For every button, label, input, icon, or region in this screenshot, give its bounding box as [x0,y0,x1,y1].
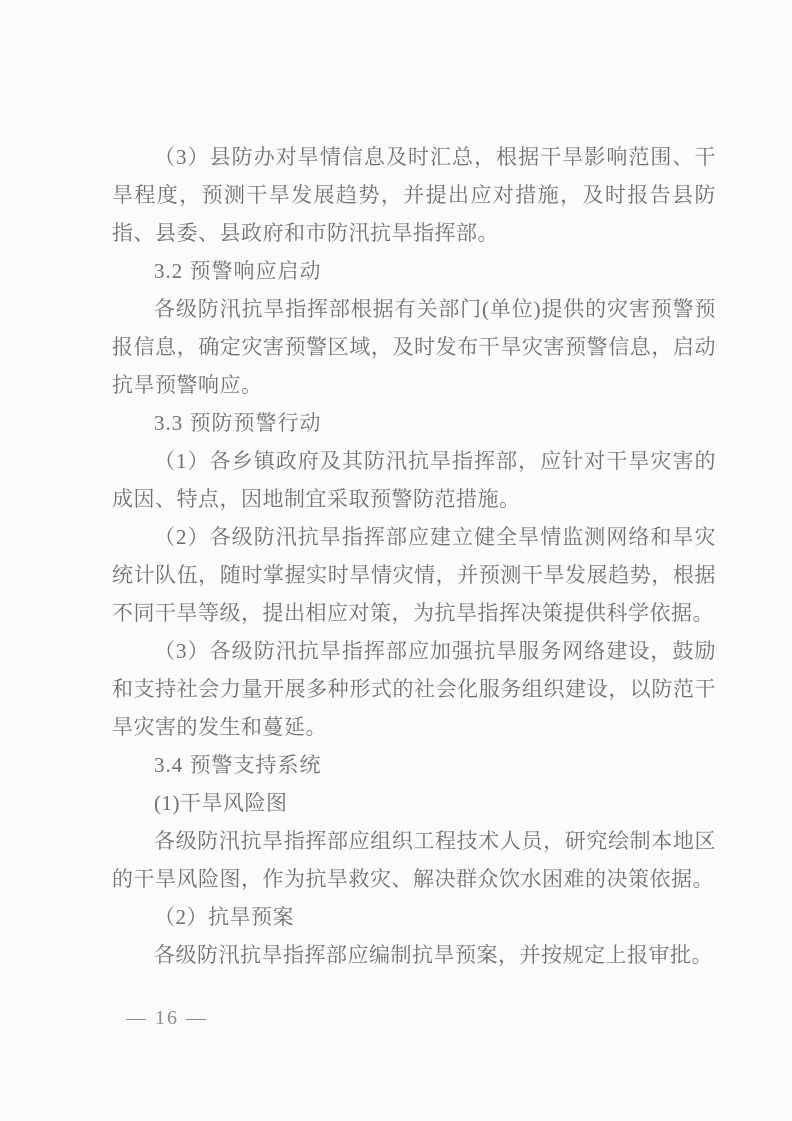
page-number: — 16 — [126,1004,208,1032]
document-page: （3）县防办对旱情信息及时汇总，根据干旱影响范围、干旱程度，预测干旱发展趋势，并… [0,0,792,1121]
sub-heading: （2）抗旱预案 [112,898,716,936]
paragraph: （3）县防办对旱情信息及时汇总，根据干旱影响范围、干旱程度，预测干旱发展趋势，并… [112,138,716,252]
paragraph: 各级防汛抗旱指挥部根据有关部门(单位)提供的灾害预警预报信息，确定灾害预警区域，… [112,290,716,404]
section-heading: 3.4 预警支持系统 [112,746,716,784]
section-heading: 3.2 预警响应启动 [112,252,716,290]
paragraph: 各级防汛抗旱指挥部应编制抗旱预案，并按规定上报审批。 [112,936,716,974]
paragraph: 各级防汛抗旱指挥部应组织工程技术人员，研究绘制本地区的干旱风险图，作为抗旱救灾、… [112,822,716,898]
document-body: （3）县防办对旱情信息及时汇总，根据干旱影响范围、干旱程度，预测干旱发展趋势，并… [112,138,716,974]
paragraph: （2）各级防汛抗旱指挥部应建立健全旱情监测网络和旱灾统计队伍，随时掌握实时旱情灾… [112,518,716,632]
section-heading: 3.3 预防预警行动 [112,404,716,442]
sub-heading: (1)干旱风险图 [112,784,716,822]
paragraph: （3）各级防汛抗旱指挥部应加强抗旱服务网络建设，鼓励和支持社会力量开展多种形式的… [112,632,716,746]
paragraph: （1）各乡镇政府及其防汛抗旱指挥部，应针对干旱灾害的成因、特点，因地制宜采取预警… [112,442,716,518]
